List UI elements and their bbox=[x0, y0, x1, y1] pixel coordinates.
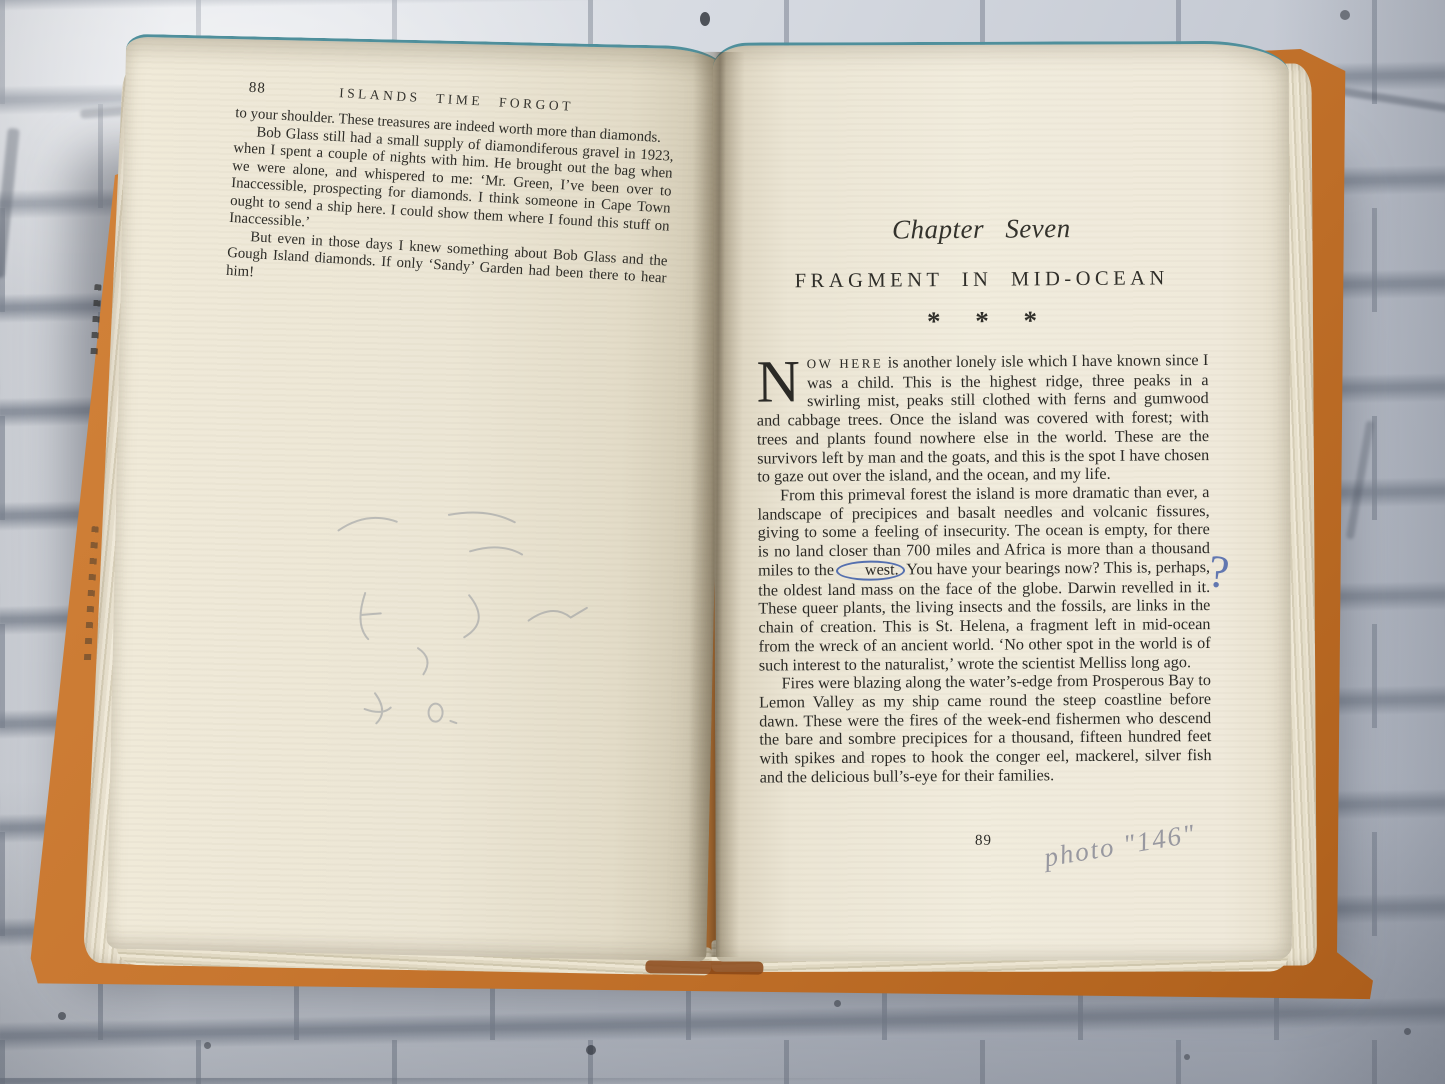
pencil-note-photo-146: photo "146" bbox=[1042, 818, 1198, 873]
paragraph-dropcap: NOW HERE is another lonely isle which I … bbox=[756, 351, 1209, 486]
right-page-text-block: Chapter Seven FRAGMENT IN MID-OCEAN * * … bbox=[755, 212, 1211, 787]
right-page-body: NOW HERE is another lonely isle which I … bbox=[756, 351, 1211, 787]
photo-open-book-on-brick-wall: 88 ISLANDS TIME FORGOT to your shoulder.… bbox=[0, 0, 1445, 1084]
drop-cap-letter: N bbox=[756, 354, 807, 405]
left-page-body: to your shoulder. These treasures are in… bbox=[226, 105, 675, 305]
asterisk-ornament: * * * bbox=[756, 304, 1208, 339]
open-book: 88 ISLANDS TIME FORGOT to your shoulder.… bbox=[0, 0, 1445, 1084]
paragraph-text: is another lonely isle which I have know… bbox=[757, 351, 1209, 486]
small-caps-lead: OW HERE bbox=[807, 356, 884, 372]
chapter-heading: Chapter Seven bbox=[755, 212, 1207, 247]
left-page-text-block: 88 ISLANDS TIME FORGOT to your shoulder.… bbox=[226, 79, 677, 305]
right-page: Chapter Seven FRAGMENT IN MID-OCEAN * * … bbox=[713, 41, 1292, 962]
chapter-title: FRAGMENT IN MID-OCEAN bbox=[756, 267, 1208, 294]
left-page: 88 ISLANDS TIME FORGOT to your shoulder.… bbox=[106, 34, 726, 962]
page-number-88: 88 bbox=[248, 80, 266, 98]
paragraph: Fires were blazing along the water’s-edg… bbox=[759, 671, 1212, 787]
pencil-scribbles-illegible bbox=[316, 496, 661, 753]
paragraph: From this primeval forest the island is … bbox=[757, 483, 1210, 675]
pen-question-mark-annotation: ? bbox=[1206, 548, 1232, 596]
pen-circled-word: west. bbox=[836, 560, 905, 581]
cover-stain bbox=[645, 960, 763, 975]
